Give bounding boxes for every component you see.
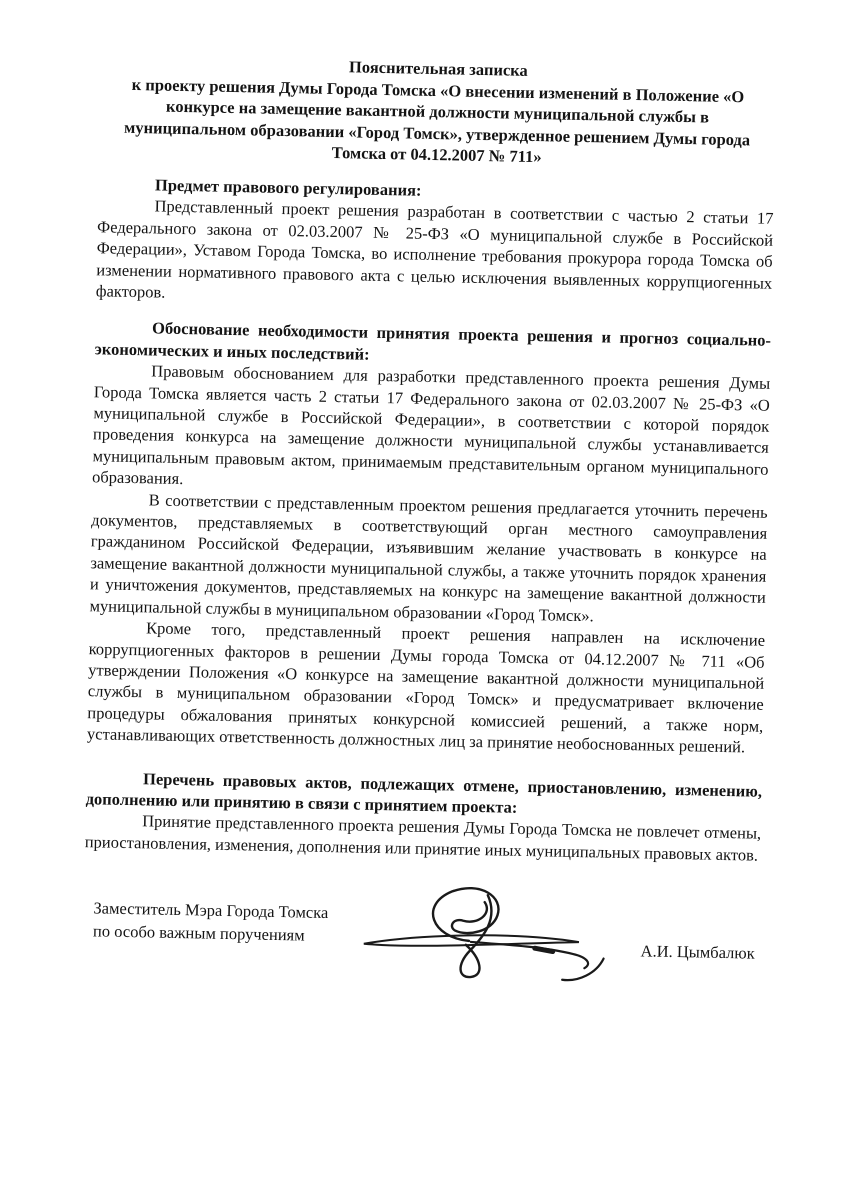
section-acts-list: Перечень правовых актов, подлежащих отме… — [85, 767, 763, 866]
paragraph: Правовым обоснованием для разработки пре… — [92, 359, 770, 501]
signature-block: Заместитель Мэра Города Томска по особо … — [82, 886, 760, 1020]
section-subject: Предмет правового регулирования: Предста… — [96, 173, 774, 315]
scanned-document-page: Пояснительная записка к проекту решения … — [0, 0, 850, 1196]
signatory-name: А.И. Цымбалюк — [640, 941, 754, 963]
section-justification: Обоснование необходимости принятия проек… — [87, 317, 771, 759]
handwritten-signature-icon — [350, 882, 610, 995]
signatory-position-line: по особо важным поручениям — [93, 919, 328, 947]
document-title: Пояснительная записка к проекту решения … — [69, 51, 807, 174]
paragraph: Кроме того, представленный проект решени… — [87, 616, 765, 758]
paragraph: Представленный проект решения разработан… — [96, 195, 774, 316]
paragraph: В соответствии с представленным проектом… — [89, 488, 767, 630]
signatory-position: Заместитель Мэра Города Томска по особо … — [93, 896, 329, 947]
document-content: Пояснительная записка к проекту решения … — [82, 51, 777, 1020]
